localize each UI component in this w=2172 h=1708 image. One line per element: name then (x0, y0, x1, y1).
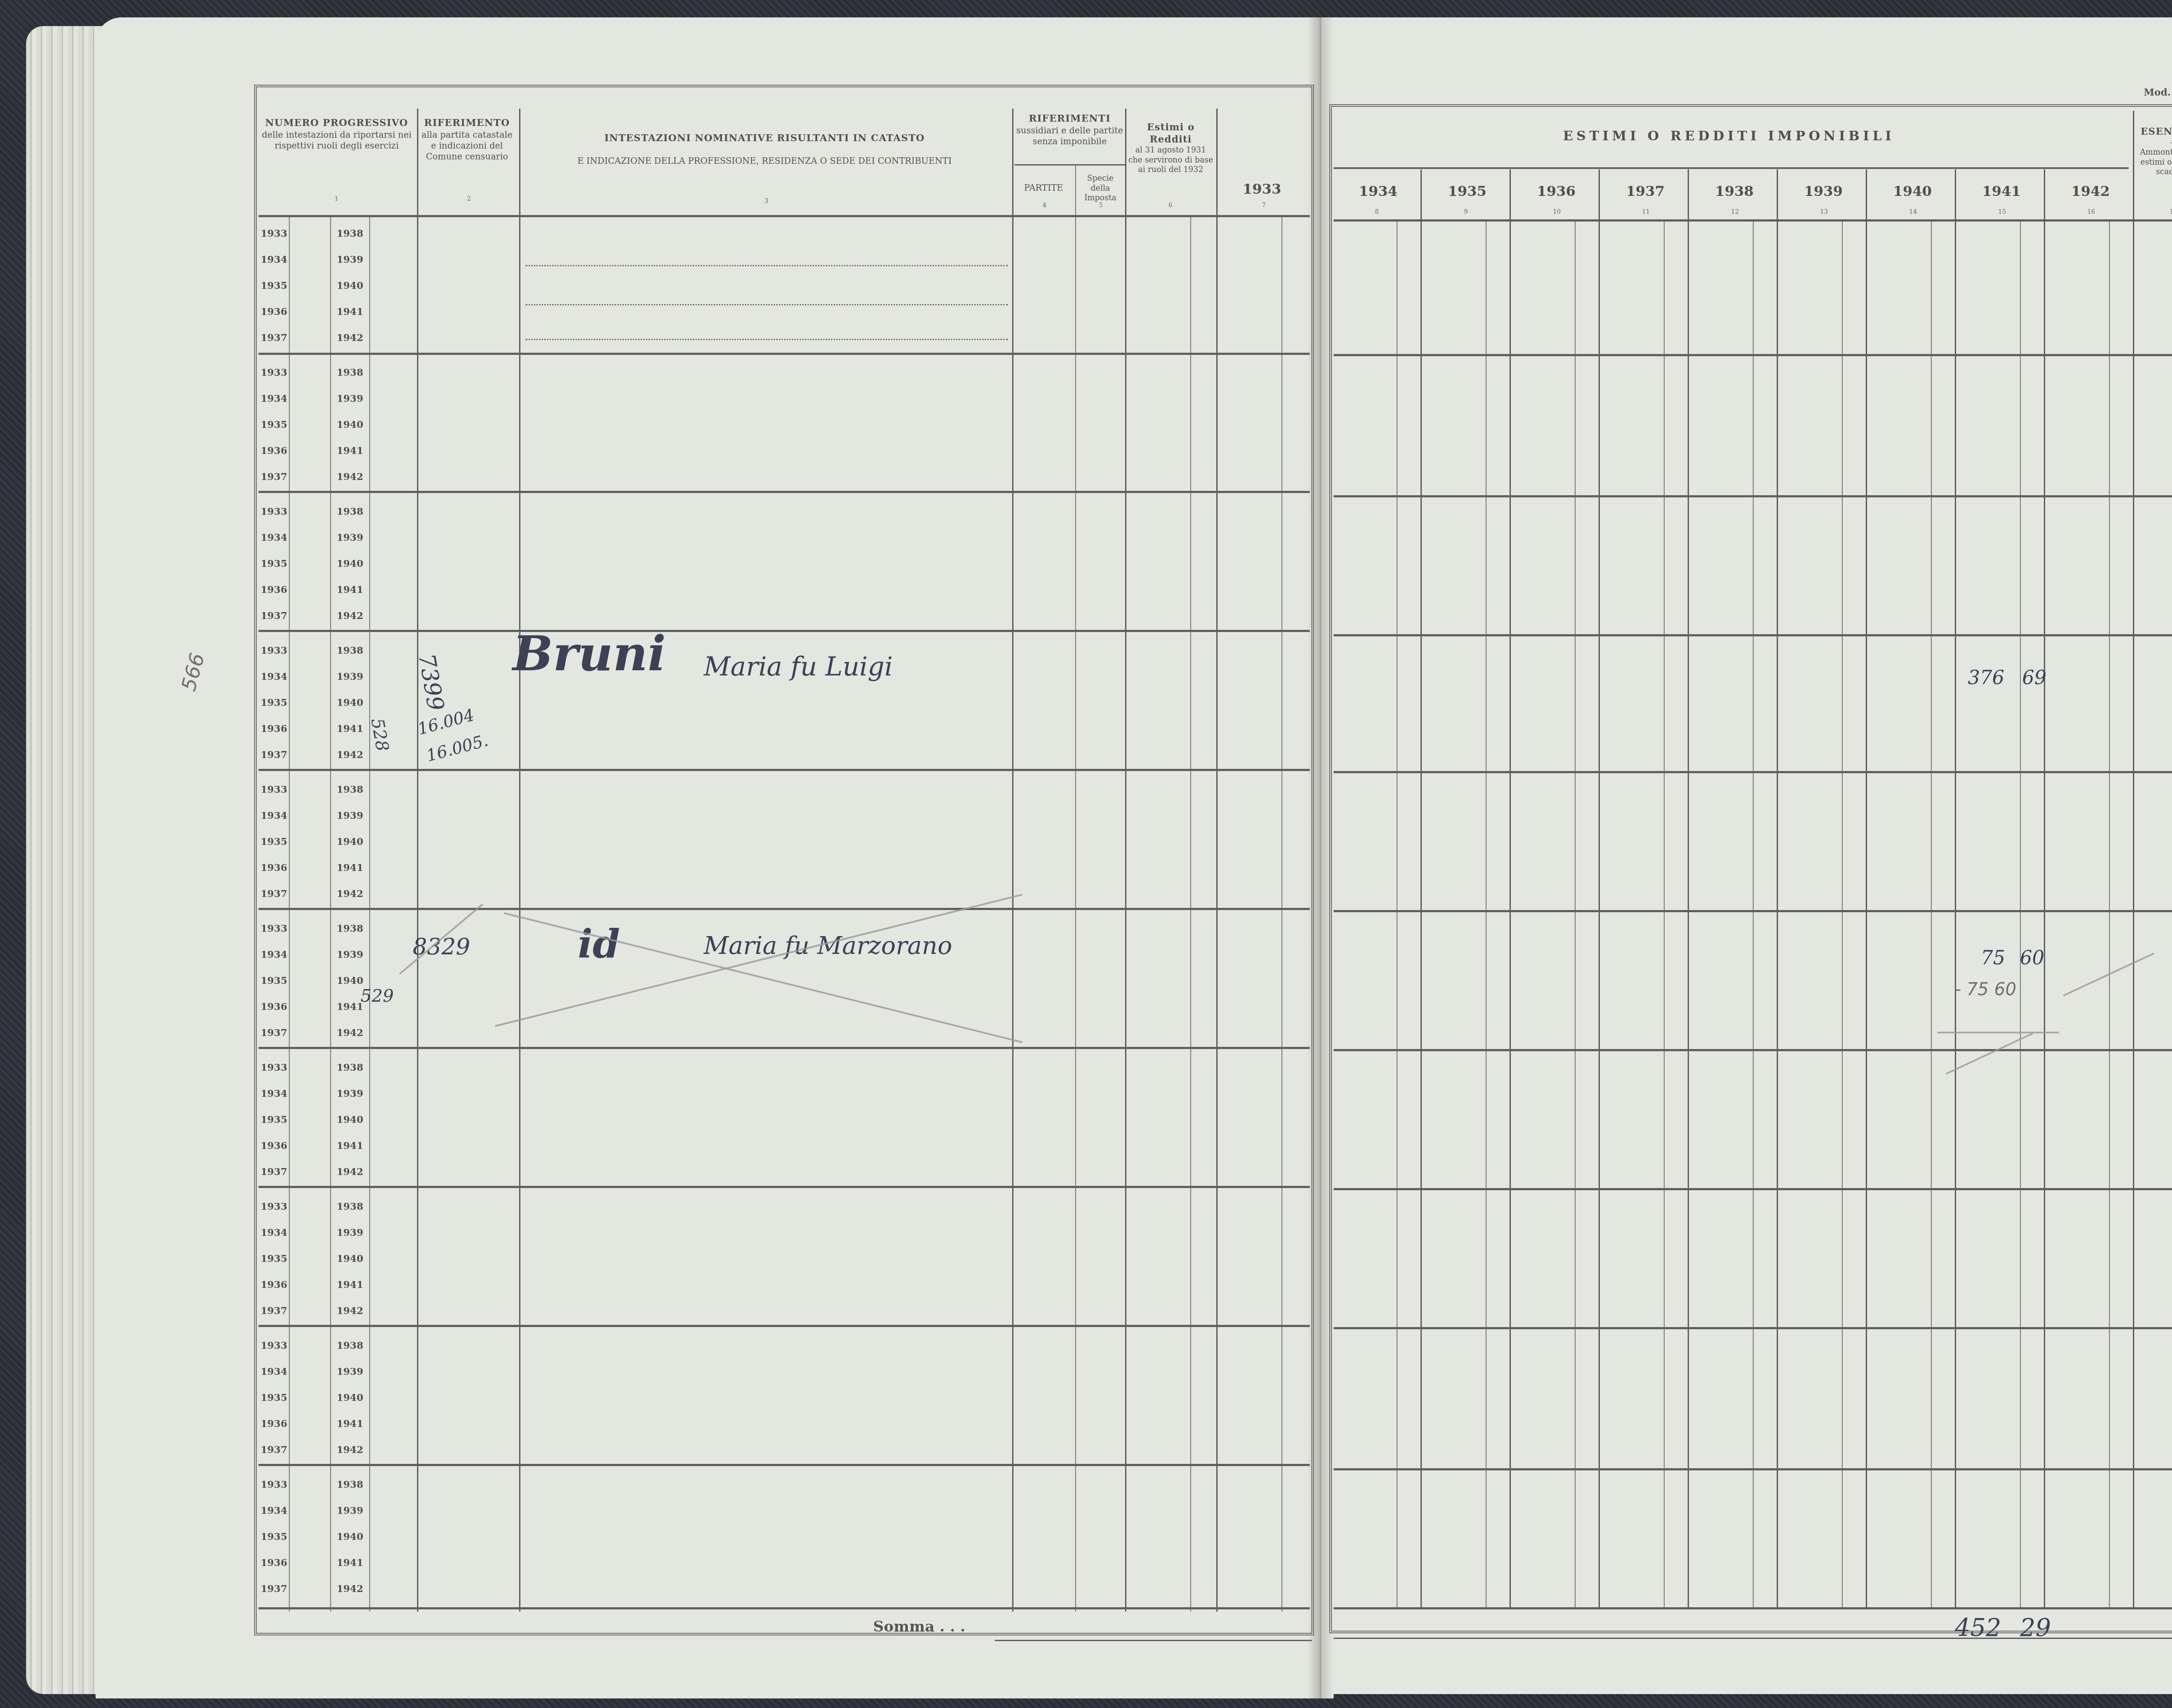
col10-number: 10 (1553, 209, 1561, 215)
col3-title: INTESTAZIONI NOMINATIVE RISULTANTI IN CA… (604, 132, 924, 144)
year-header-1936: 1936 (1512, 182, 1601, 200)
col16-number: 16 (2087, 209, 2095, 215)
cents-divider (1931, 222, 1932, 1607)
col8-number: 8 (1375, 209, 1379, 215)
divider (1012, 109, 1013, 1612)
row-separator (258, 769, 1310, 771)
header-estimi-group: ESTIMI O REDDITI IMPONIBILI (1334, 128, 2124, 145)
entry-1941-cents: 60 (2020, 947, 2044, 969)
col6-sub: al 31 agosto 1931 che servirono di base … (1128, 146, 1213, 174)
dotted-rule (526, 304, 1008, 305)
row-year-label: 1938 (337, 1340, 363, 1351)
row-year-label: 1939 (337, 532, 363, 543)
row-year-label: 1933 (261, 228, 287, 239)
col6-number: 6 (1169, 202, 1172, 209)
col3-sub: E INDICAZIONE DELLA PROFESSIONE, RESIDEN… (577, 156, 952, 166)
row-year-label: 1937 (261, 610, 287, 622)
row-year-label: 1940 (337, 1392, 363, 1403)
row-separator (258, 1186, 1310, 1188)
row-year-label: 1941 (337, 445, 363, 457)
total-1941-value: 452 (1955, 1614, 2001, 1642)
row-year-label: 1933 (261, 367, 287, 378)
row-year-label: 1938 (337, 1201, 363, 1212)
row-separator (258, 353, 1310, 355)
row-year-label: 1941 (337, 584, 363, 596)
year-header-1941: 1941 (1957, 182, 2046, 200)
row-year-label: 1942 (337, 1583, 363, 1595)
entry-progressive-number: 529 (361, 986, 394, 1006)
row-year-label: 1942 (337, 610, 363, 622)
row-year-label: 1935 (261, 836, 287, 847)
row-year-label: 1942 (337, 471, 363, 483)
row-year-label: 1942 (337, 888, 363, 900)
year-header-1933: 1933 (1218, 180, 1305, 198)
total-1941-cents: 29 (2020, 1614, 2051, 1642)
header-esenzioni: ESENZIONI— Ammontare degli estimi o redd… (2135, 126, 2172, 177)
divider (1125, 109, 1126, 1612)
row-separator (258, 1047, 1310, 1049)
row-year-label: 1934 (261, 949, 287, 960)
row-year-label: 1936 (261, 862, 287, 874)
row-year-label: 1936 (261, 584, 287, 596)
row-year-label: 1936 (261, 723, 287, 735)
col17-title: ESENZIONI (2141, 126, 2172, 137)
col2-number: 2 (467, 195, 471, 202)
row-year-label: 1940 (337, 280, 363, 291)
row-year-label: 1934 (261, 1366, 287, 1377)
col17-sub: Ammontare degli estimi o redditi e scade… (2140, 148, 2172, 176)
col1-title: NUMERO PROGRESSIVO (265, 117, 408, 129)
row-year-label: 1940 (337, 1114, 363, 1125)
row-year-label: 1940 (337, 975, 363, 986)
row-year-label: 1940 (337, 697, 363, 708)
row-separator (258, 1607, 1310, 1609)
col2-sub: alla partita catastale e indicazioni del… (421, 129, 513, 162)
row-year-label: 1934 (261, 532, 287, 543)
entry-1941-cents: 69 (2022, 667, 2046, 689)
cents-divider (1664, 222, 1665, 1607)
divider (369, 217, 370, 1612)
divider (1216, 109, 1218, 1612)
form-model-line: Mod. 111 - Imposte Dirette (Intercalare)… (2144, 87, 2172, 98)
row-separator (1334, 1049, 2172, 1051)
divider (1866, 169, 1867, 1607)
entry-1941-value: 75 (1981, 947, 2005, 969)
row-year-label: 1936 (261, 306, 287, 318)
entry-1941-value: 376 (1968, 667, 2004, 689)
header-numero-progressivo: NUMERO PROGRESSIVO delle intestazioni da… (258, 117, 415, 151)
header-rule (258, 215, 1310, 217)
row-year-label: 1940 (337, 558, 363, 569)
row-year-label: 1939 (337, 254, 363, 265)
divider (1334, 167, 2129, 169)
row-year-label: 1941 (337, 306, 363, 318)
col45-title: RIFERIMENTI (1029, 113, 1110, 124)
row-year-label: 1941 (337, 1001, 363, 1013)
row-year-label: 1939 (337, 393, 363, 404)
dotted-rule (526, 339, 1008, 340)
divider (1075, 165, 1076, 1612)
row-year-label: 1933 (261, 1340, 287, 1351)
row-year-label: 1935 (261, 1253, 287, 1264)
col45-sub: sussidiari e delle partite senza imponib… (1016, 125, 1123, 146)
row-year-label: 1939 (337, 1088, 363, 1099)
row-year-label: 1940 (337, 836, 363, 847)
row-year-label: 1933 (261, 1201, 287, 1212)
ledger-grid-right (1329, 104, 2172, 1633)
col1-sub: delle intestazioni da riportarsi nei ris… (262, 129, 412, 151)
divider (1014, 164, 1125, 166)
row-year-label: 1940 (337, 419, 363, 430)
row-year-label: 1942 (337, 1027, 363, 1039)
row-year-label: 1934 (261, 1505, 287, 1516)
row-year-label: 1938 (337, 784, 363, 795)
col1-number: 1 (334, 195, 338, 202)
row-year-label: 1935 (261, 558, 287, 569)
row-year-label: 1936 (261, 1140, 287, 1152)
header-riferimento: RIFERIMENTO alla partita catastale e ind… (419, 117, 515, 162)
row-year-label: 1935 (261, 280, 287, 291)
row-year-label: 1933 (261, 506, 287, 517)
row-year-label: 1940 (337, 1253, 363, 1264)
year-header-1940: 1940 (1868, 182, 1957, 200)
row-year-label: 1941 (337, 1279, 363, 1291)
row-separator (1334, 1327, 2172, 1329)
row-separator (258, 491, 1310, 493)
row-year-label: 1934 (261, 671, 287, 682)
divider (1777, 169, 1778, 1607)
row-year-label: 1938 (337, 506, 363, 517)
row-year-label: 1933 (261, 1479, 287, 1490)
row-year-label: 1934 (261, 254, 287, 265)
row-separator (1334, 634, 2172, 636)
row-separator (1334, 1188, 2172, 1190)
somma-rule (995, 1640, 1312, 1641)
row-year-label: 1942 (337, 1305, 363, 1317)
row-year-label: 1936 (261, 1001, 287, 1013)
row-year-label: 1933 (261, 645, 287, 656)
divider (2133, 111, 2134, 1609)
entry-given-name: Maria fu Marzorano (704, 932, 952, 960)
header-intestazioni: INTESTAZIONI NOMINATIVE RISULTANTI IN CA… (526, 132, 1003, 166)
col14-number: 14 (1909, 209, 1917, 215)
row-separator (1334, 1607, 2172, 1609)
row-year-label: 1939 (337, 1227, 363, 1238)
row-separator (258, 1464, 1310, 1466)
row-year-label: 1939 (337, 1366, 363, 1377)
row-year-label: 1933 (261, 923, 287, 934)
year-header-1935: 1935 (1423, 182, 1512, 200)
row-year-label: 1937 (261, 749, 287, 761)
row-year-label: 1938 (337, 367, 363, 378)
row-year-label: 1941 (337, 1140, 363, 1152)
row-year-label: 1935 (261, 419, 287, 430)
row-year-label: 1936 (261, 1557, 287, 1569)
row-year-label: 1936 (261, 445, 287, 457)
col4-title: PARTITE (1014, 182, 1073, 193)
row-year-label: 1937 (261, 1583, 287, 1595)
row-year-label: 1938 (337, 645, 363, 656)
row-year-label: 1941 (337, 862, 363, 874)
divider (1420, 169, 1422, 1607)
row-year-label: 1938 (337, 1479, 363, 1490)
col15-number: 15 (1998, 209, 2006, 215)
row-year-label: 1942 (337, 1444, 363, 1456)
cents-divider (2109, 222, 2110, 1607)
row-separator (258, 630, 1310, 632)
model-text: Mod. 111 - Imposte Dirette (2144, 87, 2172, 98)
row-year-label: 1939 (337, 810, 363, 821)
cents-divider (1486, 222, 1487, 1607)
row-year-label: 1937 (261, 332, 287, 344)
row-year-label: 1938 (337, 228, 363, 239)
row-year-label: 1933 (261, 784, 287, 795)
divider (1510, 169, 1511, 1607)
row-year-label: 1937 (261, 471, 287, 483)
entry-given-name: Maria fu Luigi (704, 652, 893, 682)
row-year-label: 1935 (261, 1392, 287, 1403)
row-year-label: 1939 (337, 949, 363, 960)
divider (519, 109, 520, 1612)
col17-number: 17 (2170, 209, 2172, 215)
col6-title: Estimi o Redditi (1147, 122, 1195, 145)
col4-number: 4 (1043, 202, 1046, 209)
row-year-label: 1941 (337, 723, 363, 735)
row-year-label: 1934 (261, 810, 287, 821)
row-year-label: 1934 (261, 1227, 287, 1238)
cents-divider (1397, 222, 1397, 1607)
row-separator (1334, 495, 2172, 497)
year-header-1942: 1942 (2046, 182, 2135, 200)
divider (417, 109, 418, 1612)
row-year-label: 1933 (261, 1062, 287, 1073)
col2-title: RIFERIMENTO (424, 117, 510, 129)
entry-surname: id (578, 921, 620, 967)
header-riferimenti: RIFERIMENTI sussidiari e delle partite s… (1014, 113, 1125, 147)
row-year-label: 1940 (337, 1531, 363, 1542)
cents-divider (1842, 222, 1843, 1607)
row-year-label: 1939 (337, 671, 363, 682)
cents-divider (1281, 217, 1282, 1612)
row-year-label: 1936 (261, 1279, 287, 1291)
row-year-label: 1936 (261, 1418, 287, 1430)
row-year-label: 1937 (261, 1027, 287, 1039)
divider (1688, 169, 1689, 1607)
col7-number: 7 (1262, 202, 1266, 209)
row-year-label: 1934 (261, 393, 287, 404)
row-year-label: 1939 (337, 1505, 363, 1516)
row-separator (1334, 771, 2172, 773)
somma-label: Somma . . . (873, 1618, 965, 1635)
row-year-label: 1937 (261, 1166, 287, 1178)
col9-number: 9 (1464, 209, 1468, 215)
divider (2044, 169, 2045, 1607)
divider (1599, 169, 1600, 1607)
row-year-label: 1942 (337, 1166, 363, 1178)
col5-title: Specie della Imposta (1076, 174, 1124, 203)
cents-divider (1190, 217, 1191, 1612)
row-year-label: 1937 (261, 888, 287, 900)
row-year-label: 1934 (261, 1088, 287, 1099)
pencil-rule (1937, 1032, 2059, 1033)
row-year-label: 1937 (261, 1305, 287, 1317)
col11-number: 11 (1642, 209, 1650, 215)
row-separator (1334, 1468, 2172, 1470)
header-estimi-1931: Estimi o Redditi al 31 agosto 1931 che s… (1127, 122, 1214, 175)
row-year-label: 1942 (337, 332, 363, 344)
col5-number: 5 (1099, 202, 1103, 209)
row-year-label: 1937 (261, 1444, 287, 1456)
entry-1941-deduction: - 75 60 (1955, 980, 2016, 1000)
entry-surname: Bruni (513, 626, 666, 682)
row-year-label: 1938 (337, 923, 363, 934)
divider (1955, 169, 1956, 1607)
ledger-grid-left (254, 85, 1314, 1635)
row-year-label: 1938 (337, 1062, 363, 1073)
row-year-label: 1942 (337, 749, 363, 761)
col3-number: 3 (765, 198, 768, 205)
row-year-label: 1935 (261, 975, 287, 986)
divider (289, 217, 290, 1612)
cents-divider (2020, 222, 2021, 1607)
year-header-1938: 1938 (1690, 182, 1779, 200)
dotted-rule (526, 265, 1008, 266)
row-year-label: 1941 (337, 1557, 363, 1569)
year-header-1934: 1934 (1334, 182, 1423, 200)
row-year-label: 1941 (337, 1418, 363, 1430)
year-header-1939: 1939 (1779, 182, 1868, 200)
row-separator (1334, 910, 2172, 912)
row-separator (258, 908, 1310, 910)
row-separator (258, 1325, 1310, 1327)
row-year-label: 1935 (261, 1531, 287, 1542)
row-separator (1334, 354, 2172, 356)
cents-divider (1575, 222, 1576, 1607)
year-header-1937: 1937 (1601, 182, 1690, 200)
divider (330, 217, 331, 1612)
cents-divider (1753, 222, 1754, 1607)
row-year-label: 1935 (261, 697, 287, 708)
col12-number: 12 (1731, 209, 1739, 215)
col13-number: 13 (1820, 209, 1828, 215)
row-year-label: 1935 (261, 1114, 287, 1125)
